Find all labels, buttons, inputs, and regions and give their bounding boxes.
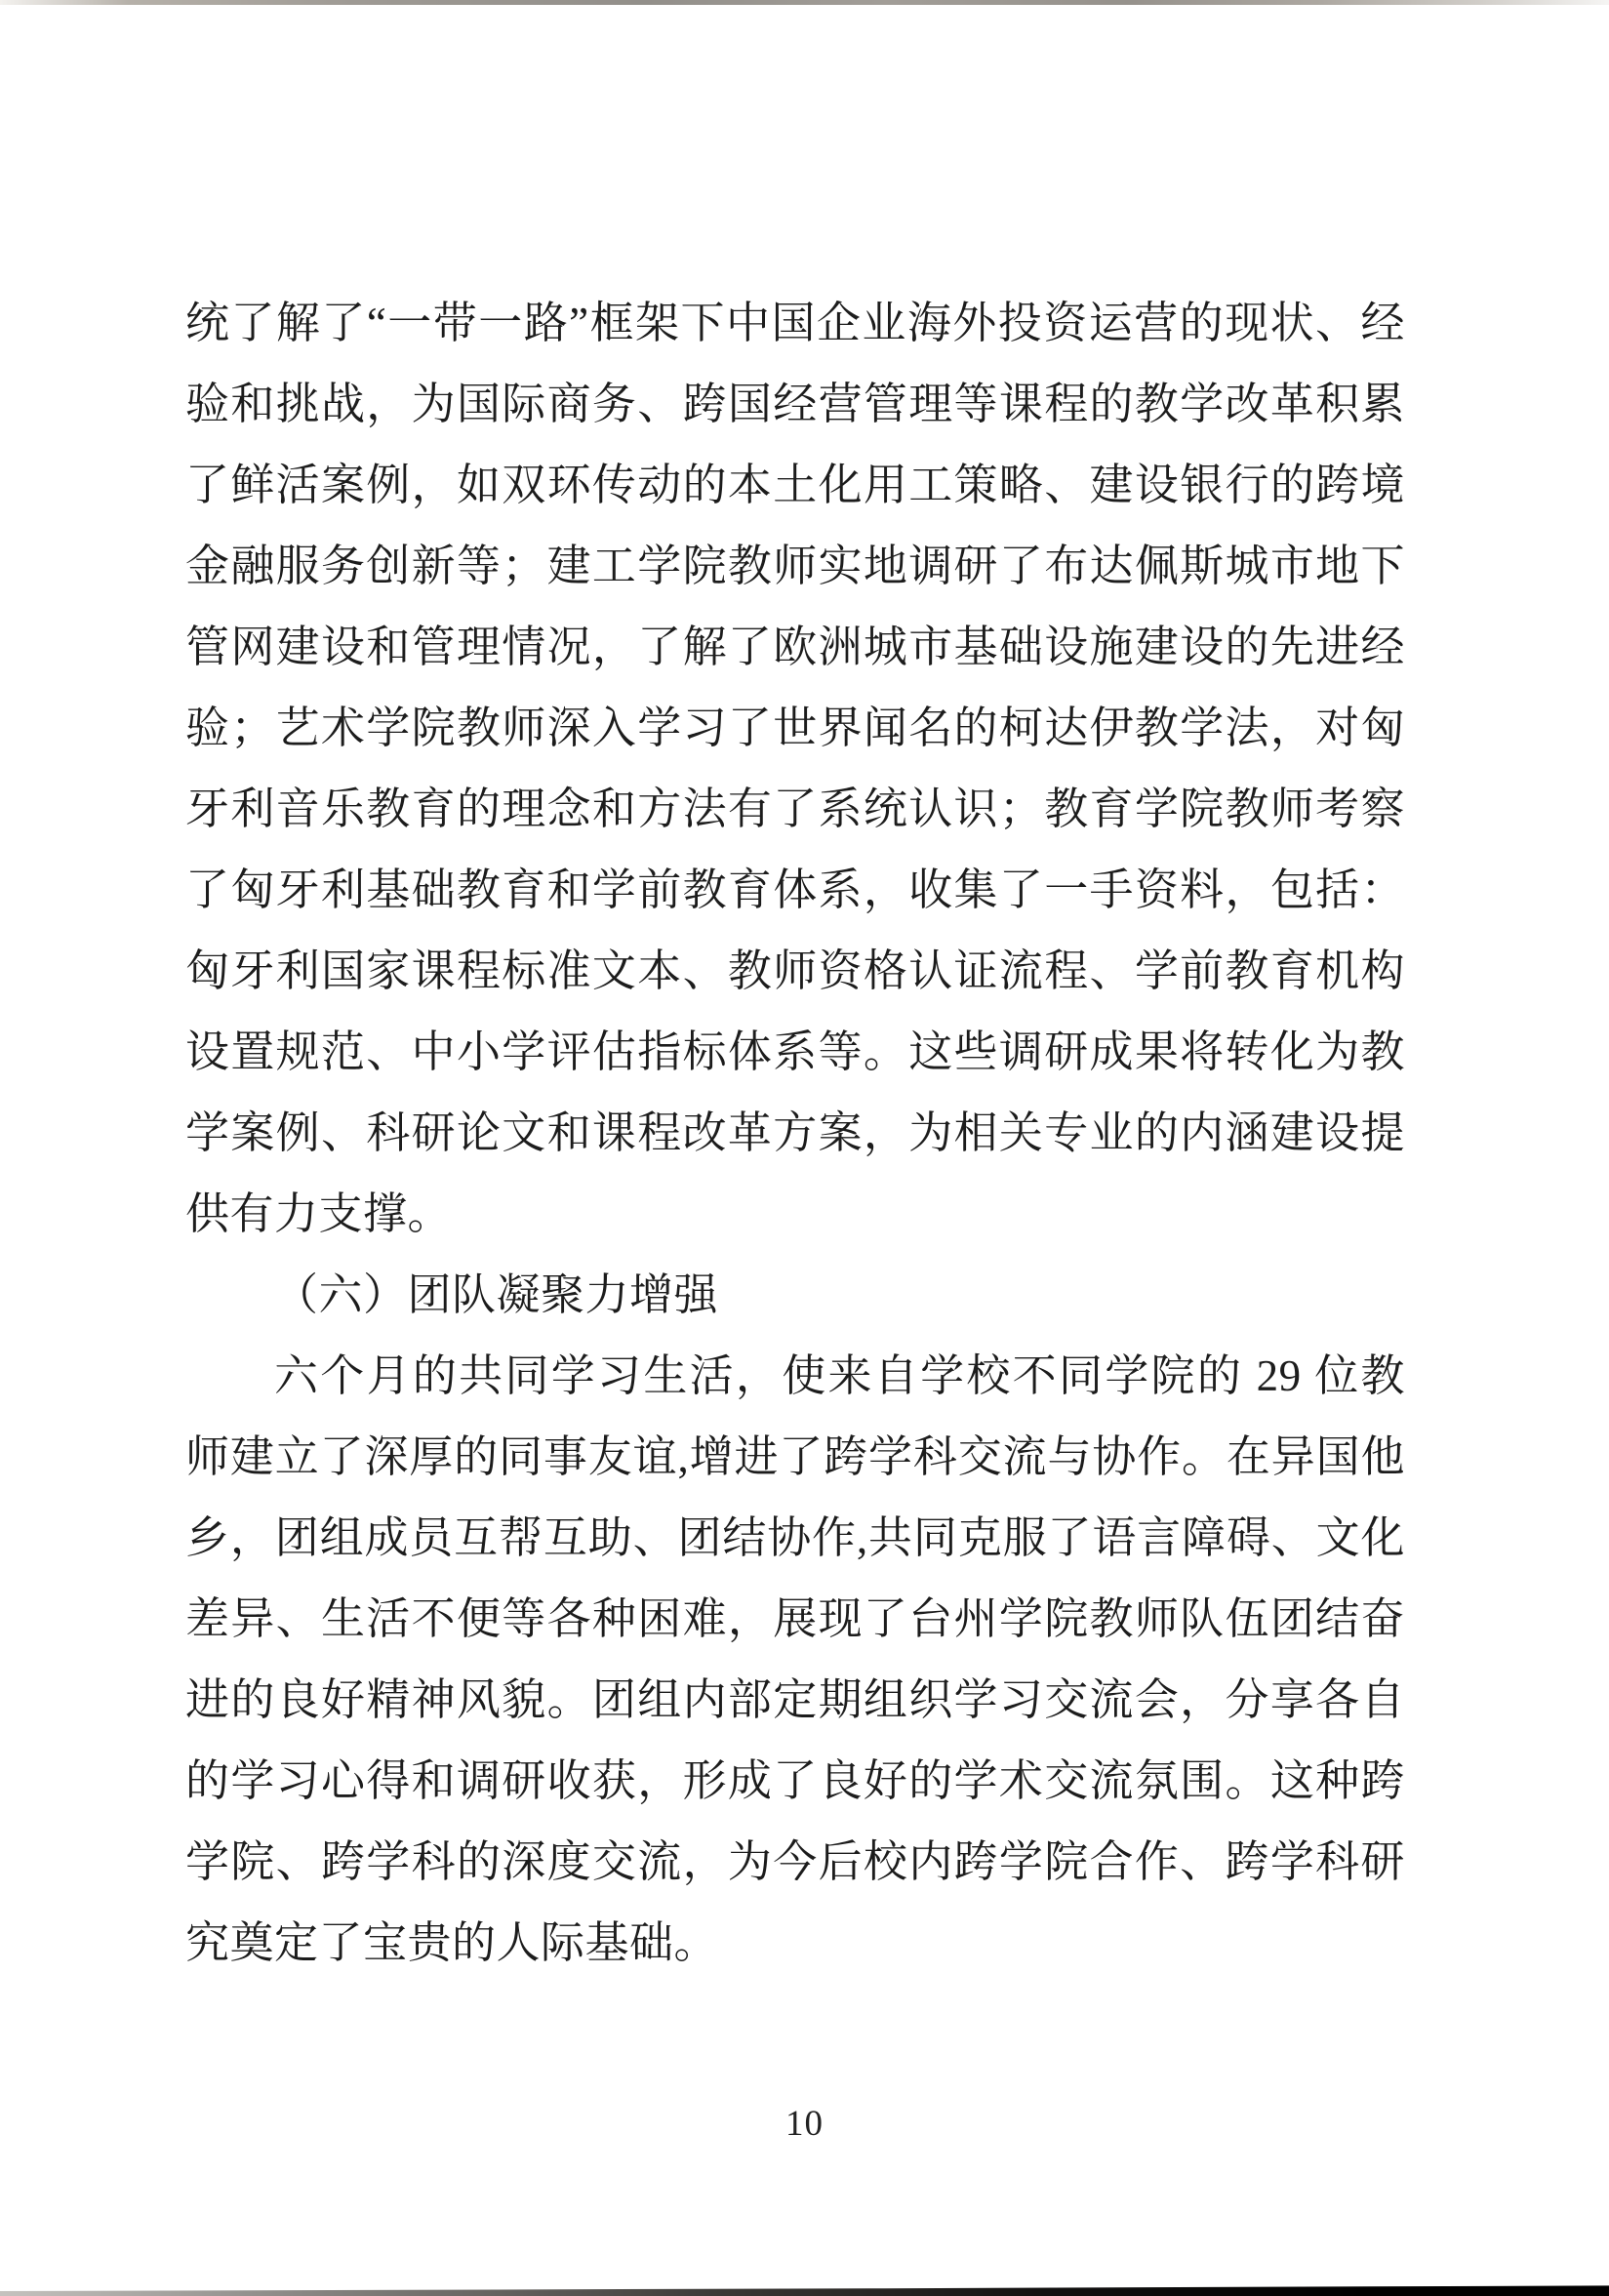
scan-top-edge-artifact <box>0 0 1609 5</box>
paragraph-team-cohesion: 六个月的共同学习生活，使来自学校不同学院的 29 位教师建立了深厚的同事友谊,增… <box>185 1336 1405 1984</box>
page-body: 统了解了“一带一路”框架下中国企业海外投资运营的现状、经验和挑战，为国际商务、跨… <box>185 283 1405 1984</box>
scanned-document-page: 统了解了“一带一路”框架下中国企业海外投资运营的现状、经验和挑战，为国际商务、跨… <box>0 0 1609 2296</box>
paragraph-continued: 统了解了“一带一路”框架下中国企业海外投资运营的现状、经验和挑战，为国际商务、跨… <box>185 283 1405 1255</box>
page-footer: 10 <box>0 2106 1609 2142</box>
section-heading: （六）团队凝聚力增强 <box>185 1255 1405 1336</box>
scan-bottom-edge-artifact <box>0 2283 1609 2296</box>
page-number: 10 <box>785 2104 824 2144</box>
